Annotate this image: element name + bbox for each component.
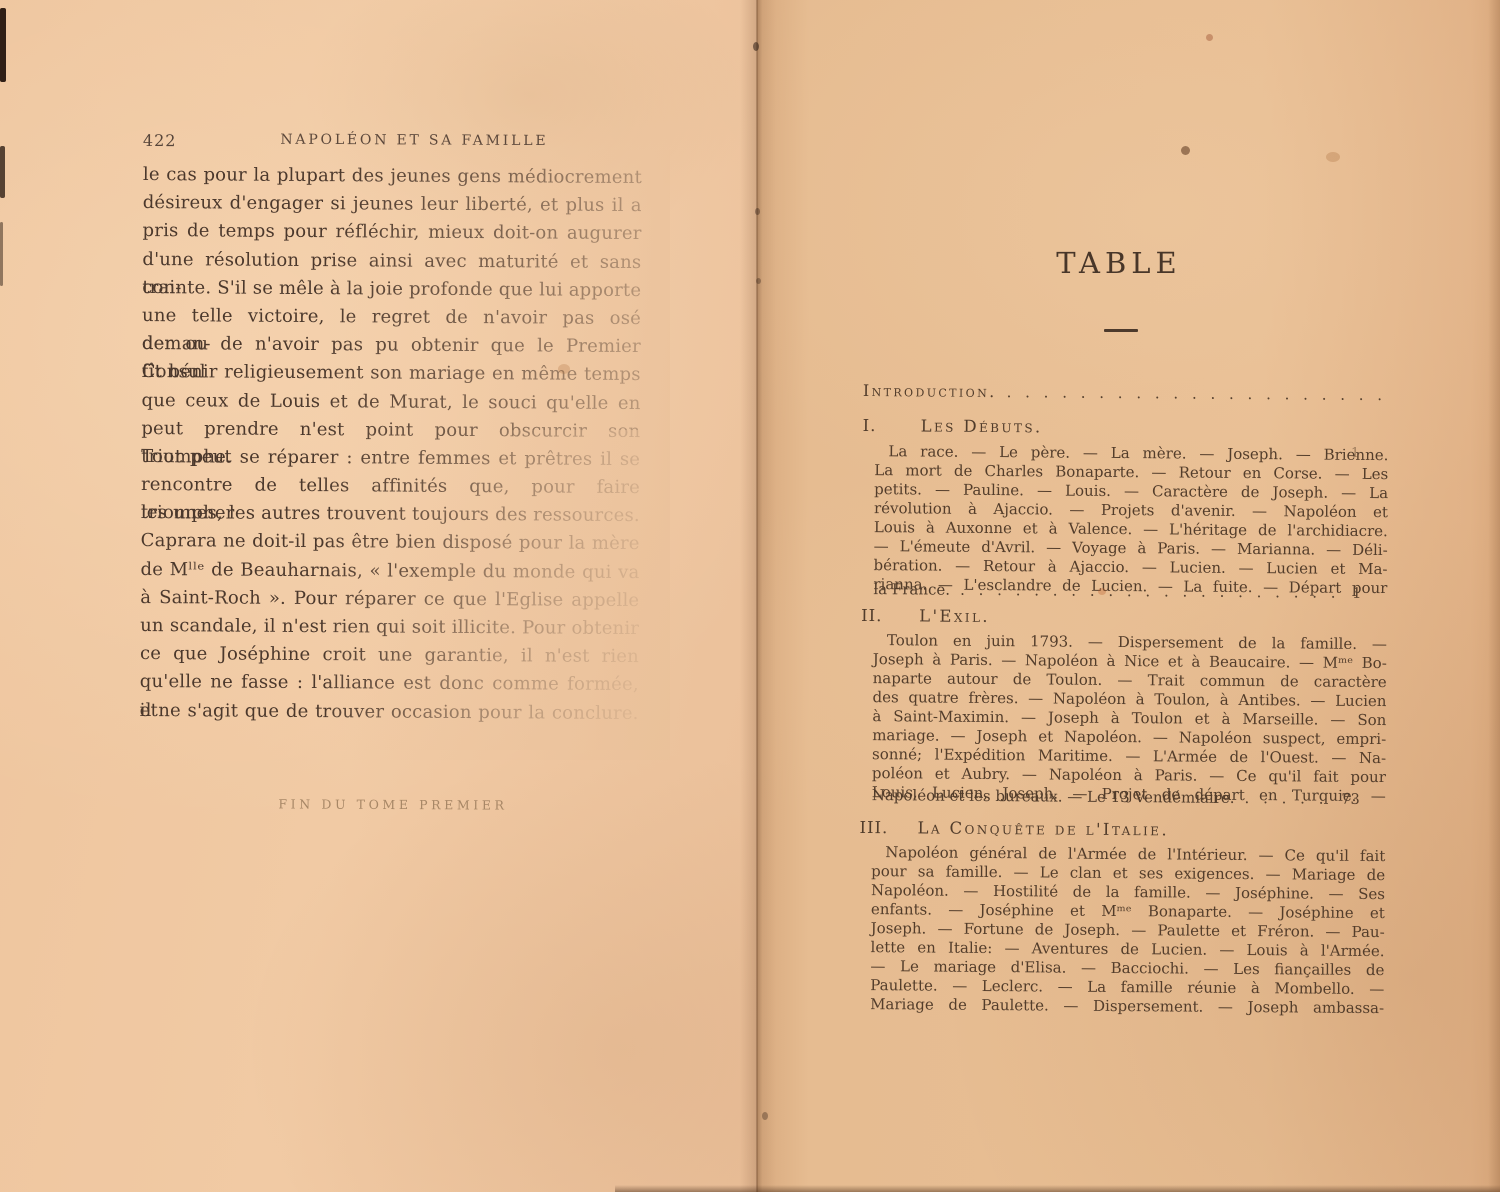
text-line: le cas pour la plupart des jeunes gens m… <box>143 161 642 192</box>
gutter-speck <box>762 1112 768 1120</box>
sec1-end: la France. . . . . . . . . . . . . . . .… <box>873 580 1361 602</box>
left-edge-mark <box>0 146 5 198</box>
sec1-head: I.Les Débuts. <box>863 416 1043 436</box>
end-text: la France. <box>873 580 950 599</box>
end-of-volume-note: FIN DU TOME PREMIER <box>143 796 643 814</box>
section-numeral: III. <box>859 818 917 837</box>
sec1-body: La race. — Le père. — La mère. — Joseph.… <box>873 442 1388 598</box>
left-edge-mark <box>0 222 3 286</box>
introduction-label: Introduction. <box>863 381 997 401</box>
section-title: Les Débuts. <box>921 416 1043 436</box>
left-edge-mark <box>0 8 6 82</box>
leader-dots: . . . . . . . . . . . . . . . . . . . . … <box>997 383 1397 404</box>
text-line: Mariage de Paulette. — Dispersement. — J… <box>870 995 1384 1018</box>
end-text: Napoléon et les bureaux. — Le 13 Vendémi… <box>872 786 1235 807</box>
text-line: les unes, les autres trouvent toujours d… <box>141 499 640 530</box>
sec3-head: III.La Conquête de l'Italie. <box>859 818 1169 839</box>
sec2-head: II.L'Exil. <box>861 606 990 626</box>
left-page-body-text: le cas pour la plupart des jeunes gens m… <box>140 161 642 728</box>
gutter-speck <box>755 208 760 215</box>
bottom-edge-shadow <box>615 1185 1500 1192</box>
left-page: 422 NAPOLÉON ET SA FAMILLE le cas pour l… <box>0 0 757 1192</box>
book-scan: 422 NAPOLÉON ET SA FAMILLE le cas pour l… <box>0 0 1500 1192</box>
text-line: der ou de n'avoir pas pu obtenir que le … <box>142 330 641 361</box>
text-line: à Saint-Roch ». Pour réparer ce que l'Eg… <box>140 584 639 615</box>
page-number: 73 <box>1336 792 1360 808</box>
text-line: un scandale, il n'est rien qui soit illi… <box>140 612 639 643</box>
stray-page-number: 1 <box>1351 446 1359 461</box>
text-line: peut prendre n'est point pour obscurcir … <box>141 415 640 446</box>
page-number: 1 <box>1337 586 1361 602</box>
text-line: trainte. S'il se mêle à la joie profonde… <box>142 274 641 305</box>
running-title: NAPOLÉON ET SA FAMILLE <box>280 132 548 149</box>
section-title: La Conquête de l'Italie. <box>917 818 1169 839</box>
title-rule <box>1104 329 1138 332</box>
gutter-speck <box>753 42 759 51</box>
text-line: Tout peut se réparer : entre femmes et p… <box>141 443 640 474</box>
text-line: de Mˡˡᵉ de Beauharnais, « l'exemple du m… <box>140 556 639 587</box>
text-line: Caprara ne doit-il pas être bien disposé… <box>141 527 640 558</box>
sec3-body: Napoléon général de l'Armée de l'Intérie… <box>870 843 1385 1018</box>
left-page-header: 422 NAPOLÉON ET SA FAMILLE <box>143 128 643 157</box>
table-of-contents-title: TABLE <box>866 246 1372 280</box>
right-edge-shadow <box>1488 0 1500 1192</box>
text-line: il ne s'agit que de trouver occasion pou… <box>140 697 639 728</box>
text-line: une telle victoire, le regret de n'avoir… <box>142 302 641 333</box>
section-numeral: II. <box>861 606 919 625</box>
text-line: rencontre de telles affinités que, pour … <box>141 471 640 502</box>
text-line: d'une résolution prise ainsi avec maturi… <box>142 246 641 277</box>
folio-number: 422 <box>143 131 177 150</box>
sec2-end: Napoléon et les bureaux. — Le 13 Vendémi… <box>872 786 1360 808</box>
sec2-body: Toulon en juin 1793. — Dispersement de l… <box>872 631 1387 806</box>
text-line: que ceux de Louis et de Murat, le souci … <box>141 386 640 417</box>
leader-dots: . . . . . . . . . . . . . . . . <box>1235 789 1336 808</box>
section-title: L'Exil. <box>919 606 990 626</box>
text-line: qu'elle ne fasse : l'alliance est donc c… <box>140 668 639 699</box>
text-line: ce que Joséphine croit une garantie, il … <box>140 640 639 671</box>
page-gutter-line <box>756 0 758 1192</box>
section-numeral: I. <box>863 416 921 435</box>
gutter-speck <box>756 278 761 284</box>
leader-dots: . . . . . . . . . . . . . . . . . . . . … <box>950 581 1337 602</box>
text-line: pris de temps pour réfléchir, mieux doit… <box>142 217 641 248</box>
text-line: fît bénir religieusement son mariage en … <box>142 358 641 389</box>
text-line: désireux d'engager si jeunes leur libert… <box>143 189 642 220</box>
